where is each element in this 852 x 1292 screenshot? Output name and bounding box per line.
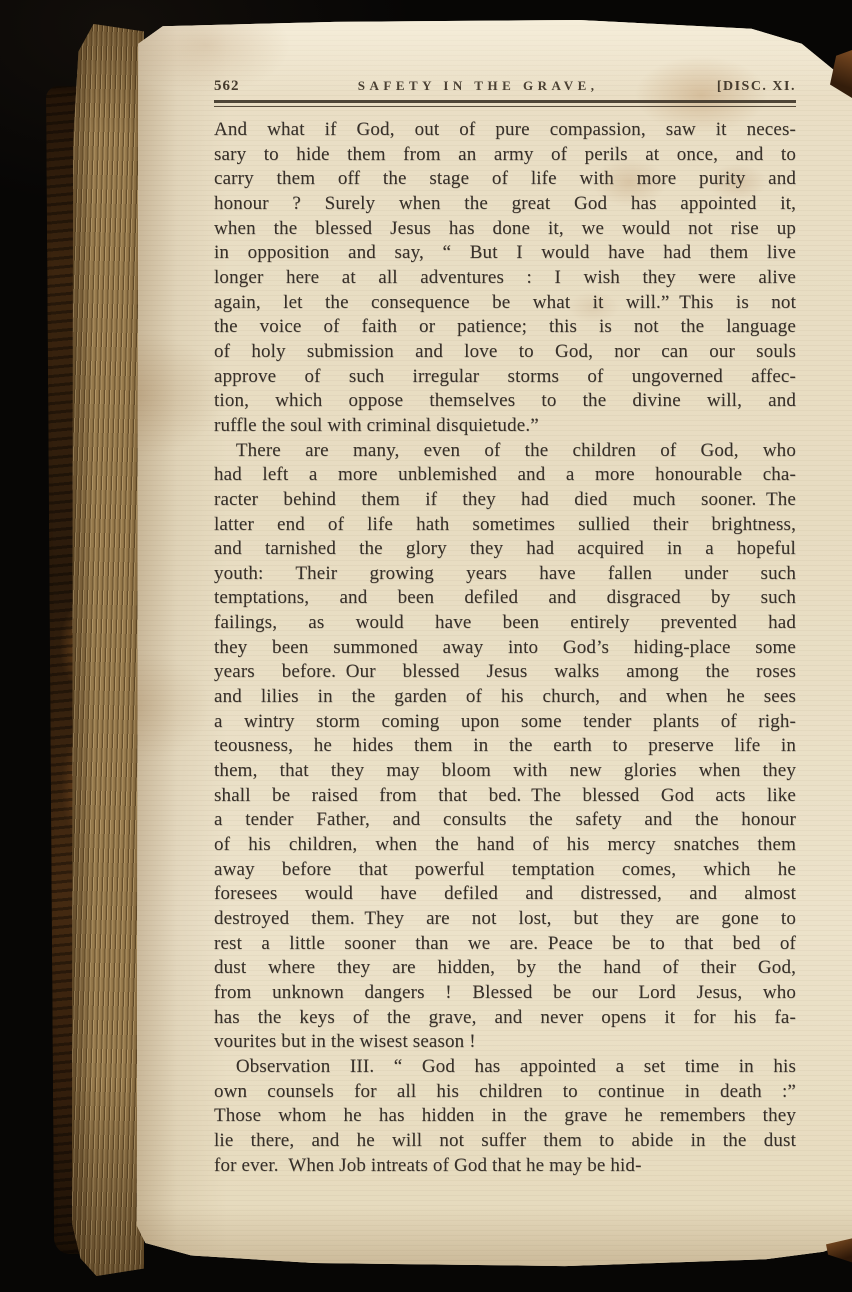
text-line: the voice of faith or patience; this is … [214, 315, 796, 340]
text-line: vourites but in the wisest season ! [214, 1030, 796, 1055]
text-line: There are many, even of the children of … [214, 439, 796, 464]
text-line: of his children, when the hand of his me… [214, 833, 796, 858]
text-line: foresees would have defiled and distress… [214, 882, 796, 907]
paragraph: Observation III. “ God has appointed a s… [214, 1055, 796, 1178]
text-line: own counsels for all his children to con… [214, 1080, 796, 1105]
text-line: temptations, and been defiled and disgra… [214, 586, 796, 611]
paragraph: There are many, even of the children of … [214, 439, 796, 1055]
text-line: Those whom he has hidden in the grave he… [214, 1104, 796, 1129]
text-line: a tender Father, and consults the safety… [214, 808, 796, 833]
text-line: honour ? Surely when the great God has a… [214, 192, 796, 217]
text-line: And what if God, out of pure compassion,… [214, 118, 796, 143]
text-line: teousness, he hides them in the earth to… [214, 734, 796, 759]
text-line: latter end of life hath sometimes sullie… [214, 513, 796, 538]
text-line: from unknown dangers ! Blessed be our Lo… [214, 981, 796, 1006]
header-rule [214, 100, 796, 107]
text-line: them, that they may bloom with new glori… [214, 759, 796, 784]
text-line: lie there, and he will not suffer them t… [214, 1129, 796, 1154]
text-line: in opposition and say, “ But I would hav… [214, 241, 796, 266]
paragraph: And what if God, out of pure compassion,… [214, 118, 796, 439]
book-page: 562 SAFETY IN THE GRAVE, [DISC. XI. And … [134, 20, 852, 1268]
book-photo: 562 SAFETY IN THE GRAVE, [DISC. XI. And … [0, 0, 852, 1292]
text-line: had left a more unblemished and a more h… [214, 463, 796, 488]
text-line: racter behind them if they had died much… [214, 488, 796, 513]
text-line: and lilies in the garden of his church, … [214, 685, 796, 710]
text-line: and tarnished the glory they had acquire… [214, 537, 796, 562]
text-line: approve of such irregular storms of ungo… [214, 365, 796, 390]
text-line: of holy submission and love to God, nor … [214, 340, 796, 365]
page-fore-edge [72, 24, 144, 1276]
text-line: ruffle the soul with criminal disquietud… [214, 414, 796, 439]
text-line: has the keys of the grave, and never ope… [214, 1006, 796, 1031]
page-content: 562 SAFETY IN THE GRAVE, [DISC. XI. And … [214, 78, 796, 1178]
page-body: And what if God, out of pure compassion,… [214, 118, 796, 1178]
text-line: tion, which oppose themselves to the div… [214, 389, 796, 414]
text-line: shall be raised from that bed. The bless… [214, 784, 796, 809]
text-line: rest a little sooner than we are. Peace … [214, 932, 796, 957]
text-line: away before that powerful temptation com… [214, 858, 796, 883]
text-line: a wintry storm coming upon some tender p… [214, 710, 796, 735]
text-line: dust where they are hidden, by the hand … [214, 956, 796, 981]
disc-label: [DISC. XI. [717, 79, 796, 95]
text-line: they been summoned away into God’s hidin… [214, 636, 796, 661]
page-number: 562 [214, 78, 240, 95]
text-line: sary to hide them from an army of perils… [214, 143, 796, 168]
text-line: carry them off the stage of life with mo… [214, 167, 796, 192]
text-line: Observation III. “ God has appointed a s… [214, 1055, 796, 1080]
text-line: failings, as would have been entirely pr… [214, 611, 796, 636]
text-line: years before. Our blessed Jesus walks am… [214, 660, 796, 685]
text-line: youth: Their growing years have fallen u… [214, 562, 796, 587]
page-header: 562 SAFETY IN THE GRAVE, [DISC. XI. [214, 78, 796, 95]
text-line: for ever. When Job intreats of God that … [214, 1154, 796, 1179]
text-line: longer here at all adventures : I wish t… [214, 266, 796, 291]
text-line: when the blessed Jesus has done it, we w… [214, 217, 796, 242]
text-line: destroyed them. They are not lost, but t… [214, 907, 796, 932]
text-line: again, let the consequence be what it wi… [214, 291, 796, 316]
running-title: SAFETY IN THE GRAVE, [240, 78, 717, 94]
